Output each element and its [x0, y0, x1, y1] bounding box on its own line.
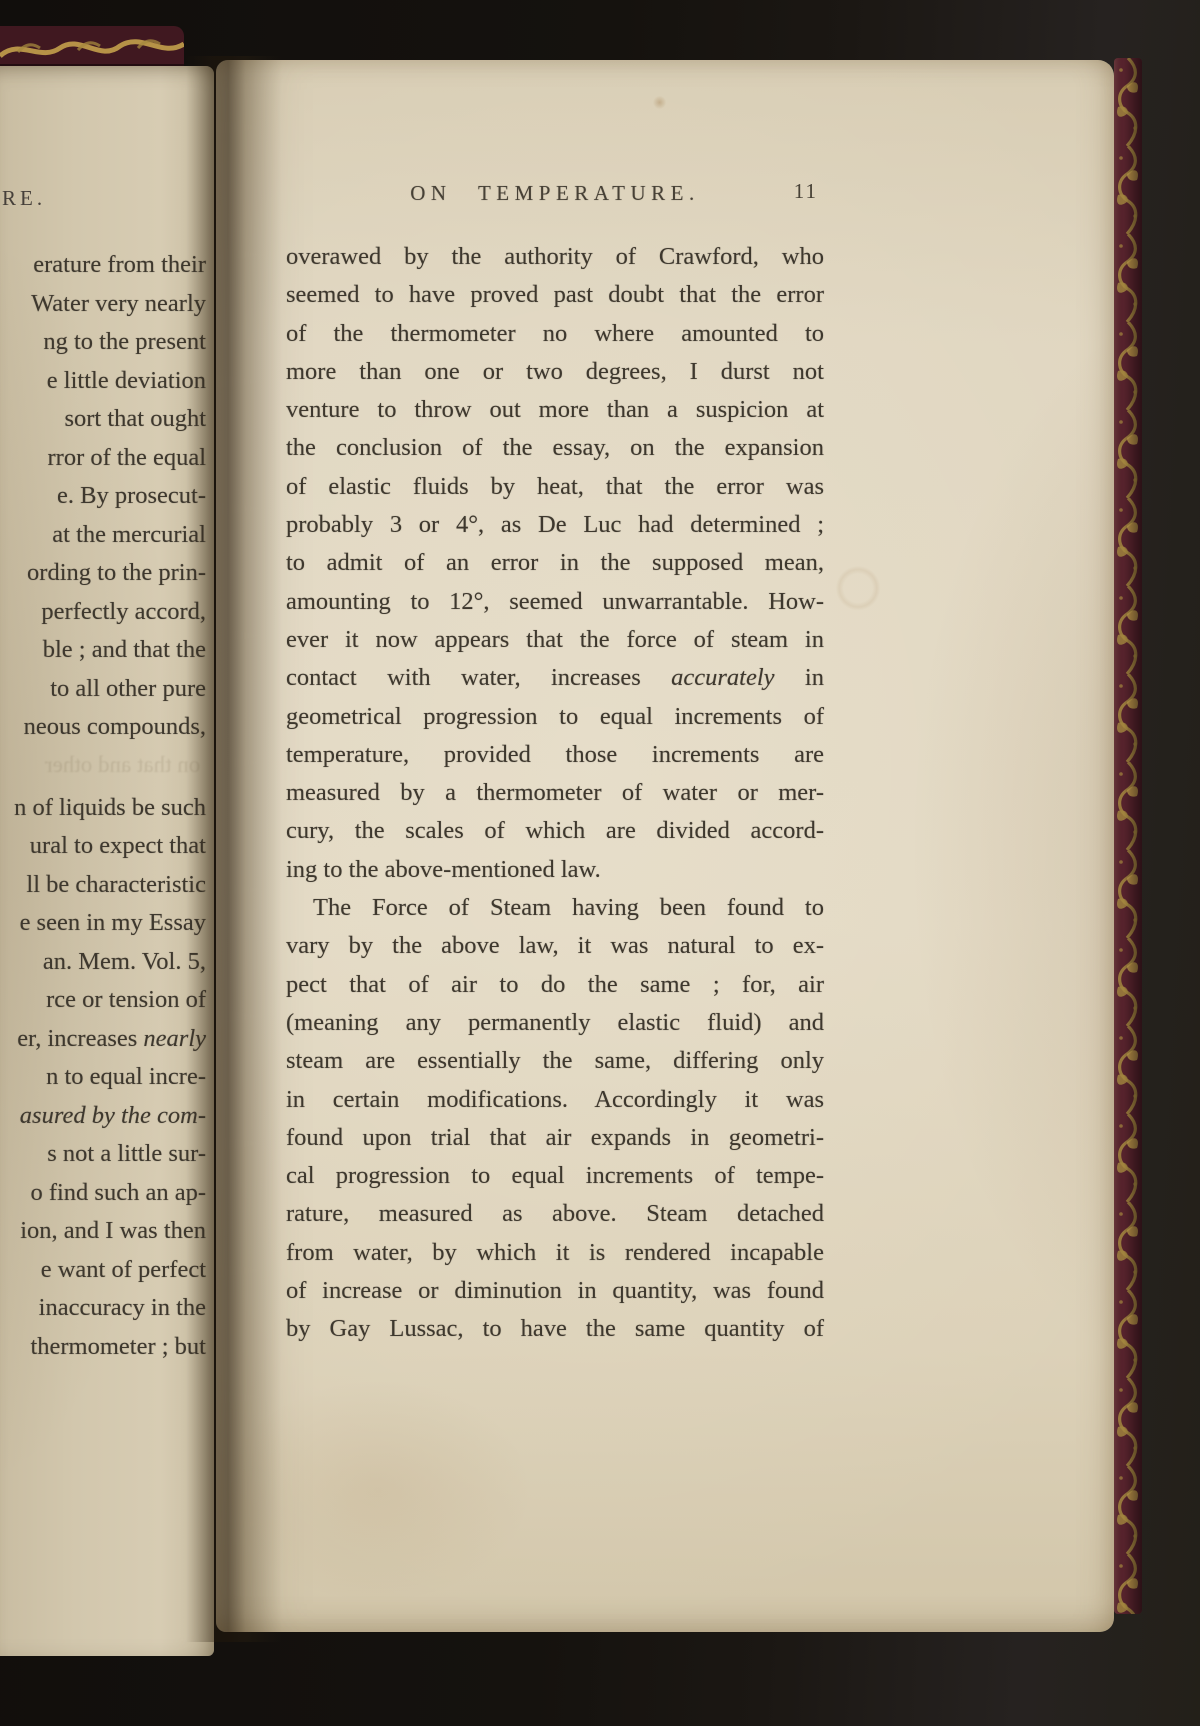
text-line: ever it now appears that the force of st… [286, 621, 824, 659]
left-text-line: rce or tension of [46, 981, 206, 1020]
text-line: amounting to 12°, seemed unwarrantable. … [286, 583, 824, 621]
gilt-vine-ornament [1114, 58, 1142, 1614]
text-line: rature, measured as above. Steam detache… [286, 1195, 824, 1233]
text-line: steam are essentially the same, differin… [286, 1042, 824, 1080]
left-text-line: perfectly accord, [41, 593, 206, 632]
left-running-head-fragment: RE. [2, 186, 46, 211]
text-line: pect that of air to do the same ; for, a… [286, 966, 824, 1004]
left-text-line: at the mercurial [52, 516, 206, 555]
left-text-line: n of liquids be such [14, 789, 206, 828]
text-line: to admit of an error in the supposed mea… [286, 544, 824, 582]
binding-gilt-edge [1114, 58, 1142, 1614]
text-line: (meaning any permanently elastic fluid) … [286, 1004, 824, 1042]
text-line: overawed by the authority of Crawford, w… [286, 238, 824, 276]
left-text-line: ording to the prin- [27, 554, 206, 593]
text-line: cal progression to equal increments of t… [286, 1157, 824, 1195]
left-text-line: an. Mem. Vol. 5, [43, 943, 206, 982]
text-line: measured by a thermometer of water or me… [286, 774, 824, 812]
left-text-line: n to equal incre- [46, 1058, 206, 1097]
header-row: ON TEMPERATURE. 11 [286, 181, 824, 221]
main-page: ON TEMPERATURE. 11 overawed by the autho… [216, 60, 1114, 1632]
left-text-line: erature from their [33, 246, 206, 285]
paragraph: overawed by the authority of Crawford, w… [286, 238, 824, 889]
paragraph: The Force of Steam having been found tov… [286, 889, 824, 1349]
text-line: of elastic fluids by heat, that the erro… [286, 468, 824, 506]
left-text-line: ble ; and that the [43, 631, 206, 670]
photograph-background: { "main_page": { "running_head": "ON TEM… [0, 0, 1200, 1726]
text-line: vary by the above law, it was natural to… [286, 927, 824, 965]
text-line: of increase or diminution in quantity, w… [286, 1272, 824, 1310]
text-line: from water, by which it is rendered inca… [286, 1234, 824, 1272]
text-line: venture to throw out more than a suspici… [286, 391, 824, 429]
text-line: by Gay Lussac, to have the same quantity… [286, 1310, 824, 1348]
left-text-line: ion, and I was then [20, 1212, 206, 1251]
ghost-showthrough-text: on that and other [45, 752, 200, 778]
left-text-line: thermometer ; but [30, 1328, 206, 1367]
text-line: probably 3 or 4°, as De Luc had determin… [286, 506, 824, 544]
text-line: temperature, provided those increments a… [286, 736, 824, 774]
text-line: found upon trial that air expands in geo… [286, 1119, 824, 1157]
left-text-line: s not a little sur- [47, 1135, 206, 1174]
left-text-line: sort that ought [64, 400, 206, 439]
page-number: 11 [794, 179, 818, 204]
main-text: overawed by the authority of Crawford, w… [286, 238, 824, 1349]
left-text-line: er, increases nearly [17, 1020, 206, 1059]
text-line: more than one or two degrees, I durst no… [286, 353, 824, 391]
left-text-line: e. By prosecut- [57, 477, 206, 516]
running-head: ON TEMPERATURE. [286, 181, 824, 206]
left-text-line: ural to expect that [30, 827, 206, 866]
text-line: The Force of Steam having been found to [286, 889, 824, 927]
left-text-line: o find such an ap- [30, 1174, 206, 1213]
text-line: the conclusion of the essay, on the expa… [286, 429, 824, 467]
left-text-line: inaccuracy in the [39, 1289, 206, 1328]
text-line: cury, the scales of which are divided ac… [286, 812, 824, 850]
text-line: of the thermometer no where amounted to [286, 315, 824, 353]
text-line: seemed to have proved past doubt that th… [286, 276, 824, 314]
left-text-line: e little deviation [47, 362, 206, 401]
text-line: contact with water, increases accurately… [286, 659, 824, 697]
left-text-line: ng to the present [43, 323, 206, 362]
left-text-line: Water very nearly [31, 285, 206, 324]
left-text-line: asured by the com- [20, 1097, 206, 1136]
left-page: RE. erature from theirWater very nearlyn… [0, 66, 214, 1656]
left-text-line: to all other pure [50, 670, 206, 709]
left-text-line: e want of perfect [41, 1251, 206, 1290]
left-text-line: rror of the equal [48, 439, 207, 478]
text-line: ing to the above-mentioned law. [286, 851, 824, 889]
text-line: geometrical progression to equal increme… [286, 698, 824, 736]
text-line: in certain modifications. Accordingly it… [286, 1081, 824, 1119]
left-text-line: neous compounds, [24, 708, 206, 747]
left-text-line: e seen in my Essay [20, 904, 206, 943]
left-text-line: ll be characteristic [26, 866, 206, 905]
